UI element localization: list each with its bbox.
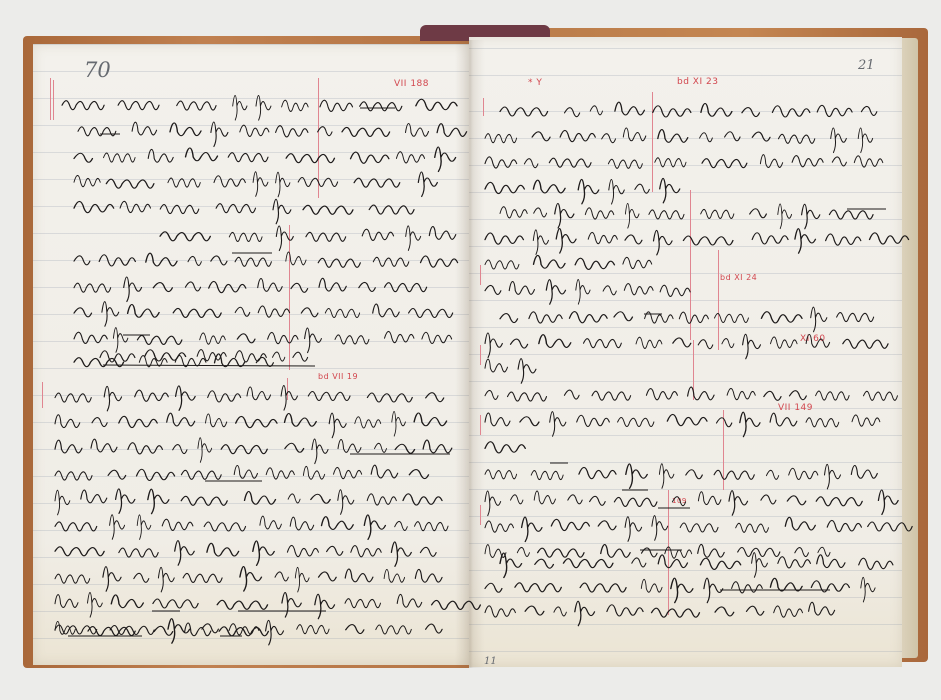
handwriting-layer [0, 0, 941, 700]
notebook-spread: 70 21 11 VII 188 bd VII 19 * Y bd XI 23 … [0, 0, 941, 700]
